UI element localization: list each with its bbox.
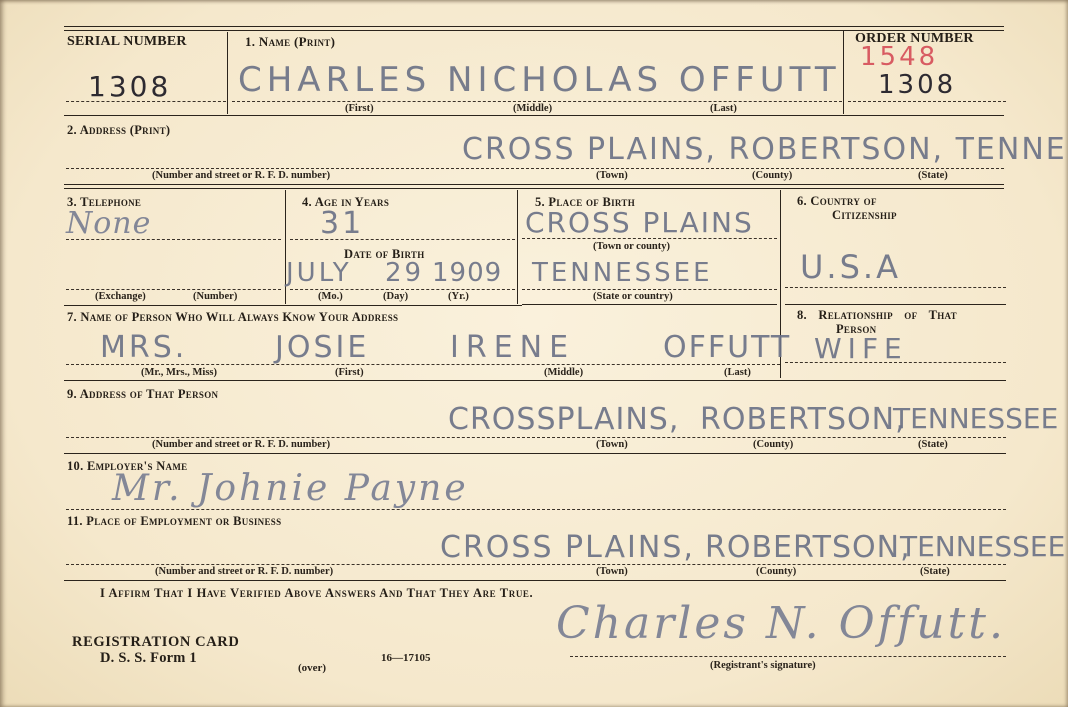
- relationship-value: WIFE: [814, 332, 908, 365]
- dob-sub-mo: (Mo.): [318, 291, 343, 302]
- contact-address-sub-town: (Town): [596, 439, 628, 450]
- relationship-label-1: 8. Relationship of That: [797, 308, 957, 323]
- form-id: D. S. S. Form 1: [100, 650, 197, 667]
- contact-address-sub-street: (Number and street or R. F. D. number): [152, 439, 330, 450]
- contact-address-town: CROSSPLAINS,: [448, 402, 679, 437]
- serial-number-line: [66, 101, 226, 102]
- form-title: REGISTRATION CARD: [72, 634, 239, 651]
- contact-address-sub-county: (County): [753, 439, 793, 450]
- birthplace-sub-town: (Town or county): [593, 241, 670, 252]
- employment-place-state: TENNESSEE: [900, 530, 1065, 563]
- rule: [64, 115, 1004, 116]
- rule: [64, 453, 1006, 454]
- signature-sub: (Registrant's signature): [710, 660, 816, 671]
- contact-address-county: ROBERTSON,: [700, 402, 906, 437]
- employment-sub-county: (County): [756, 566, 796, 577]
- dob-month: JULY: [286, 258, 352, 288]
- name-line: [232, 101, 842, 102]
- contact-address-sub-state: (State): [918, 439, 948, 450]
- top-rule: [64, 26, 1004, 27]
- name-sub-middle: (Middle): [513, 103, 552, 114]
- order-number-red: 1548: [860, 42, 938, 72]
- serial-number-value: 1308: [88, 70, 171, 103]
- rule-inner: [64, 188, 1004, 189]
- citizenship-label-1: 6. Country of: [797, 194, 877, 209]
- employment-sub-street: (Number and street or R. F. D. number): [155, 566, 333, 577]
- contact-address-state: TENNESSEE: [893, 402, 1058, 435]
- signature-line: [570, 656, 1006, 657]
- birthplace-sub-state: (State or country): [593, 291, 673, 302]
- contact-title: MRS.: [100, 330, 187, 365]
- age-line: [290, 239, 515, 240]
- order-number-line: [848, 101, 1006, 102]
- telephone-line-2: [66, 289, 281, 290]
- divider: [227, 32, 228, 114]
- relationship-line: [785, 362, 1006, 363]
- contact-label: 7. Name of Person Who Will Always Know Y…: [67, 310, 398, 325]
- address-sub-street: (Number and street or R. F. D. number): [152, 170, 330, 181]
- citizenship-line: [785, 287, 1006, 288]
- contact-last: OFFUTT: [663, 330, 791, 365]
- dob-sub-day: (Day): [383, 291, 408, 302]
- contact-sub-title: (Mr., Mrs., Miss): [141, 367, 217, 378]
- name-sub-first: (First): [345, 103, 374, 114]
- over-note: (over): [298, 662, 326, 674]
- employment-place-label: 11. Place of Employment or Business: [67, 514, 281, 529]
- age-value: 31: [320, 206, 364, 241]
- contact-address-line: [66, 437, 1006, 438]
- employment-sub-town: (Town): [596, 566, 628, 577]
- citizenship-value: U.S.A: [800, 248, 901, 286]
- address-sub-county: (County): [752, 170, 792, 181]
- birthplace-state: TENNESSEE: [532, 258, 713, 288]
- telephone-line-1: [66, 239, 281, 240]
- employment-place-line: [66, 564, 1006, 565]
- affirmation-text: I Affirm That I Have Verified Above Answ…: [100, 586, 533, 601]
- telephone-value: None: [66, 206, 151, 241]
- employment-sub-state: (State): [920, 566, 950, 577]
- contact-sub-last: (Last): [724, 367, 751, 378]
- dob-sub-yr: (Yr.): [448, 291, 469, 302]
- address-value: CROSS PLAINS, ROBERTSON, TENNESSEE: [462, 132, 1068, 167]
- employer-value: Mr. Johnie Payne: [112, 468, 469, 509]
- rule: [64, 380, 1006, 381]
- employment-place-town: CROSS PLAINS,: [440, 530, 695, 565]
- registration-card: SERIAL NUMBER 1308 1. Name (Print) CHARL…: [0, 0, 1068, 707]
- contact-address-label: 9. Address of That Person: [67, 387, 218, 402]
- address-line: [66, 168, 1004, 169]
- registrant-signature: Charles N. Offutt.: [556, 598, 1006, 649]
- divider: [517, 190, 518, 304]
- citizenship-label-2: Citizenship: [832, 208, 897, 223]
- address-sub-state: (State): [918, 170, 948, 181]
- dob-year: 1909: [432, 258, 502, 288]
- name-value: CHARLES NICHOLAS OFFUTT: [238, 60, 841, 100]
- name-label: 1. Name (Print): [245, 34, 335, 50]
- dob-day: 29: [385, 258, 424, 288]
- telephone-sub-number: (Number): [193, 291, 237, 302]
- birthplace-state-line: [522, 289, 777, 290]
- telephone-sub-exchange: (Exchange): [95, 291, 146, 302]
- address-label: 2. Address (Print): [67, 123, 170, 138]
- dob-line: [290, 289, 515, 290]
- employment-place-county: ROBERTSON,: [705, 530, 911, 565]
- rule: [64, 580, 1006, 581]
- divider: [843, 30, 844, 114]
- contact-first: JOSIE: [275, 330, 369, 365]
- birthplace-town: CROSS PLAINS: [525, 206, 754, 239]
- serial-number-label: SERIAL NUMBER: [67, 34, 187, 50]
- rule: [785, 304, 1006, 305]
- print-code: 16—17105: [381, 652, 431, 664]
- name-sub-last: (Last): [710, 103, 737, 114]
- order-number-value: 1308: [878, 70, 956, 100]
- address-sub-town: (Town): [596, 170, 628, 181]
- contact-line: [66, 364, 780, 365]
- contact-sub-first: (First): [335, 367, 364, 378]
- rule: [64, 305, 522, 306]
- rule: [522, 304, 777, 305]
- birthplace-town-line: [522, 238, 777, 239]
- contact-sub-middle: (Middle): [544, 367, 583, 378]
- employer-line: [66, 509, 1006, 510]
- rule: [64, 184, 1004, 185]
- contact-middle: IRENE: [450, 330, 575, 365]
